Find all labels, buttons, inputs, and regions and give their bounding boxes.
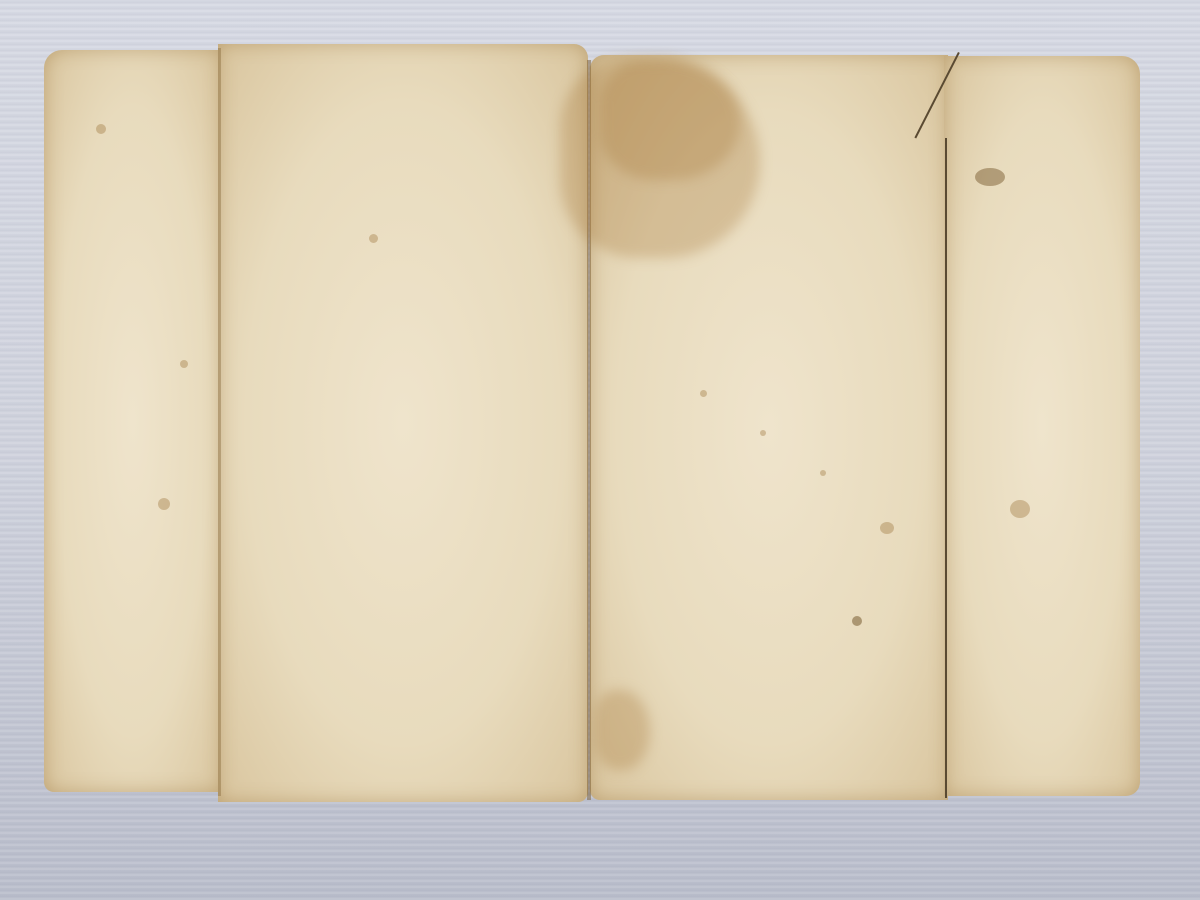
foxing-spot xyxy=(1010,500,1030,518)
water-stain-top-spine-2 xyxy=(600,60,740,180)
foxing-spot xyxy=(880,522,894,534)
foxing-spot xyxy=(700,390,707,397)
flap-edge-line xyxy=(945,138,947,798)
foxing-spot xyxy=(852,616,862,626)
foxing-spot xyxy=(96,124,106,134)
water-stain-bottom xyxy=(595,690,650,770)
left-page-panel xyxy=(218,44,588,802)
left-flap-panel xyxy=(44,50,222,792)
foxing-spot xyxy=(975,168,1005,186)
foxing-spot xyxy=(180,360,188,368)
fold-crease-left xyxy=(218,48,221,796)
foxing-spot xyxy=(158,498,170,510)
foxing-spot xyxy=(820,470,826,476)
foxing-spot xyxy=(369,234,378,243)
right-flap-panel xyxy=(944,56,1140,796)
foxing-spot xyxy=(760,430,766,436)
